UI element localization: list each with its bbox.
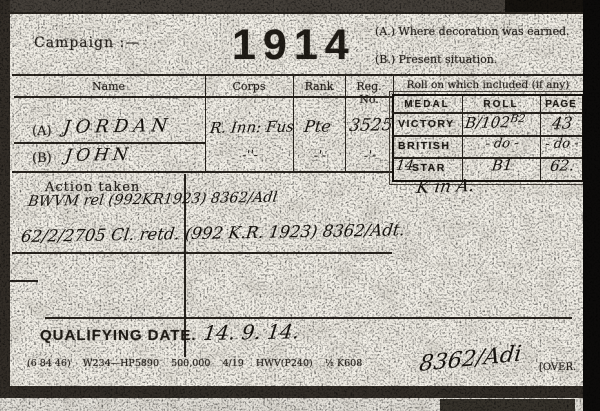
action-note-line2: 62/2/2705 Cl. retd. (992 K.R. 1923) 8362… [20, 220, 406, 246]
note-where-earned: (A.) Where decoration was earned. [375, 25, 570, 38]
footer-reference-number: 8362/Adi [418, 342, 523, 377]
row-a-underline [14, 142, 206, 144]
scan-edge-bottom [0, 386, 583, 398]
medal-star-label: STAR [412, 162, 446, 174]
table-bottom-rule [12, 171, 393, 173]
row-a-reg-no-value: 3525 [348, 115, 394, 136]
scan-edge-left [0, 0, 10, 411]
row-a-name-value: JORDAN [62, 115, 174, 138]
row-a-corps-value: R. Inn: Fus [209, 118, 295, 137]
printer-code: (6 84 46) W234—HP5890 500,000 4/19 HWV(P… [27, 358, 362, 369]
column-header-underline [14, 96, 392, 98]
action-note-line1: BWVM rel (992KR1923) 8362/Adl [27, 190, 278, 210]
scan-edge-right [583, 0, 600, 411]
mid-card-rule [45, 317, 572, 319]
scan-blotch-bottom-right [440, 399, 575, 411]
column-header-corps: Corps [205, 80, 293, 93]
roll-box-header-medal: MEDAL [392, 99, 462, 110]
action-line2-underline [12, 252, 392, 254]
killed-in-action-note: K in A. [415, 176, 476, 198]
medal-star-page-value: 62. [540, 156, 584, 175]
row-a-label: (A) [32, 124, 52, 139]
row-b-reg-no-ditto: -'- [345, 148, 395, 164]
medal-british-page-ditto: - do - [540, 136, 584, 152]
qualifying-date-value: 14. 9. 14. [202, 319, 301, 345]
campaign-label: Campaign :— [34, 35, 140, 51]
roll-box-title: Roll on which included (if any) [394, 79, 582, 91]
row-a-rank-value: Pte [303, 117, 332, 136]
roll-box-header-roll: ROLL [462, 99, 540, 110]
year-heading: 1914 [232, 24, 356, 67]
roll-number: B/102 [464, 113, 511, 132]
column-header-rank: Rank [293, 80, 345, 93]
row-b-rank-ditto: -'- [293, 148, 347, 164]
medal-british-roll-ditto: - do - [462, 136, 542, 152]
top-border-rule [0, 12, 600, 14]
column-header-reg-no: Reg. No. [345, 80, 393, 106]
over-label: [OVER. [539, 362, 576, 373]
row-b-label: (B) [32, 151, 52, 166]
medal-index-card: Campaign :— 1914 (A.) Where decoration w… [0, 0, 600, 411]
roll-number-superscript: B2 [510, 112, 527, 125]
medal-victory-page-value: 43 [540, 113, 584, 133]
note-present-situation: (B.) Present situation. [375, 53, 497, 66]
medal-victory-label: VICTORY [398, 118, 455, 130]
qualifying-date-label: QUALIFYING DATE. [40, 327, 197, 344]
header-rule [12, 74, 584, 76]
roll-box-header-page: PAGE [540, 99, 582, 110]
medal-star-roll-value: B1 [462, 156, 542, 175]
row-b-name-value: JOHN [64, 145, 133, 166]
column-header-name: Name [12, 80, 205, 93]
medal-victory-roll-value: B/102B2 [464, 113, 526, 132]
medal-british-label: BRITISH [398, 140, 451, 152]
row-b-corps-ditto: -''- [205, 147, 295, 164]
